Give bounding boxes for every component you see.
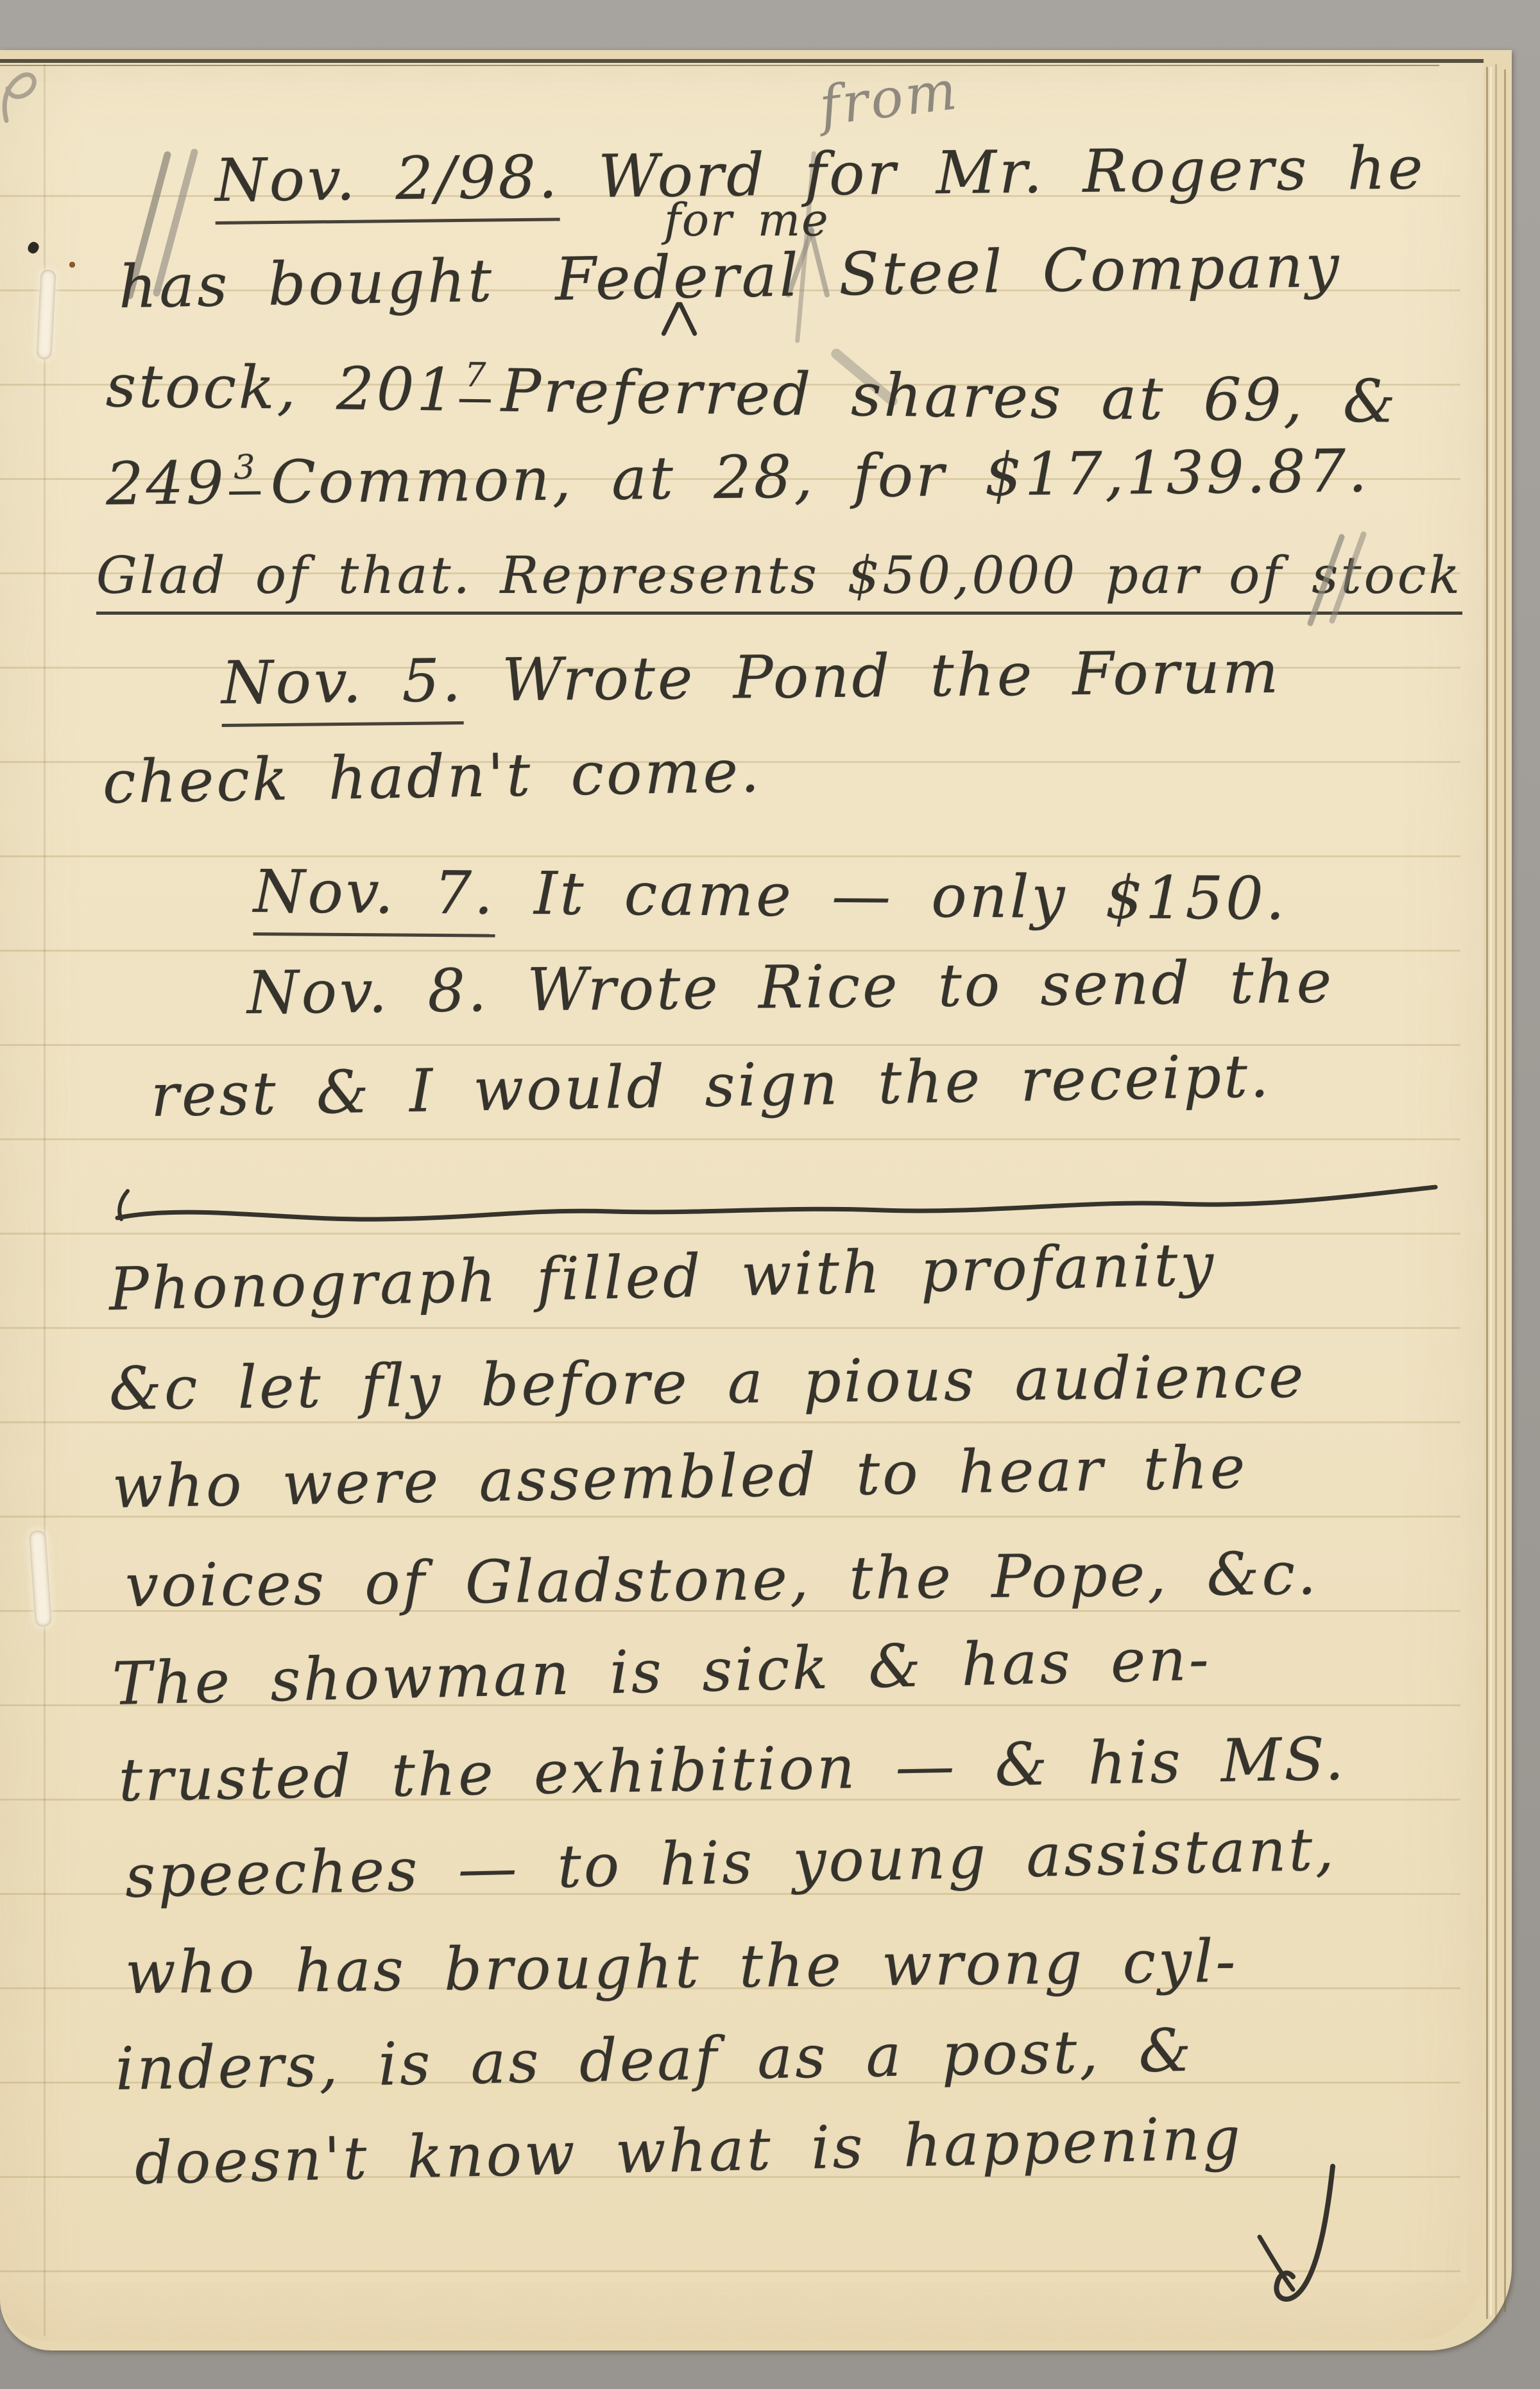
binding-crease (44, 64, 46, 2336)
nov2-line4: 2493Common, at 28, for $17,139.87. (105, 432, 1370, 522)
nov5-date: Nov. 5. (221, 646, 463, 727)
nov2-date: Nov. 2/98. (214, 142, 560, 225)
nov2-line4-end: Common, at 28, for $17,139.87. (270, 436, 1370, 517)
nov5-line1: Nov. 5.Wrote Pond the Forum (221, 634, 1281, 722)
nov5-line2: check hadn't come. (102, 733, 762, 821)
nov2-line2-end: Federal Steel Company (554, 232, 1342, 314)
nov2-line5-underlined: Glad of that. Represents $50,000 par of … (96, 545, 1462, 615)
nov2-line2-start: has bought (118, 246, 495, 321)
page-top-edge (0, 59, 1484, 63)
nov5-line1-text: Wrote Pond the Forum (502, 638, 1281, 715)
page-edge-line (1495, 64, 1497, 2323)
page-edge-highlight (1490, 67, 1492, 2316)
pencil-corner-scribble (0, 59, 51, 130)
hand-drawn-divider-rule (112, 1179, 1441, 1231)
spacer (464, 700, 502, 701)
nov7-line1: Nov. 7.It came — only $150. (253, 853, 1288, 938)
scanned-notebook-page: from Nov. 2/98.Word for Mr. Rogers he fo… (0, 0, 1540, 2389)
spacer (560, 197, 599, 198)
page-edge-line (1486, 67, 1488, 2319)
closing-flourish (1235, 2161, 1370, 2309)
nov2-line3-end: Preferred shares at 69, & (501, 357, 1398, 436)
nov7-line1-text: It came — only $150. (534, 859, 1287, 933)
share-fraction-superscript: 7 (459, 354, 492, 402)
paper-fleck (69, 262, 75, 268)
phonograph-line2: &c let fly before a pious audience (108, 1338, 1306, 1427)
page-edge-line (1504, 69, 1506, 2312)
share-fraction-superscript: 3 (228, 446, 261, 494)
nov7-date: Nov. 7. (253, 857, 496, 938)
nov2-line5: Glad of that. Represents $50,000 par of … (96, 542, 1462, 609)
nov2-line3-start: stock, 201 (105, 352, 457, 425)
nov2-line4-start: 249 (105, 449, 227, 518)
spacer (495, 300, 556, 301)
phonograph-line4: voices of Gladstone, the Pope, &c. (124, 1536, 1319, 1625)
nov8-line1: Nov. 8. Wrote Rice to send the (246, 943, 1334, 1031)
page-top-edge-inner (0, 65, 1439, 66)
phonograph-line8: who has brought the wrong cyl- (124, 1923, 1238, 2012)
nov2-line3: stock, 2017Preferred shares at 69, & (105, 348, 1398, 440)
